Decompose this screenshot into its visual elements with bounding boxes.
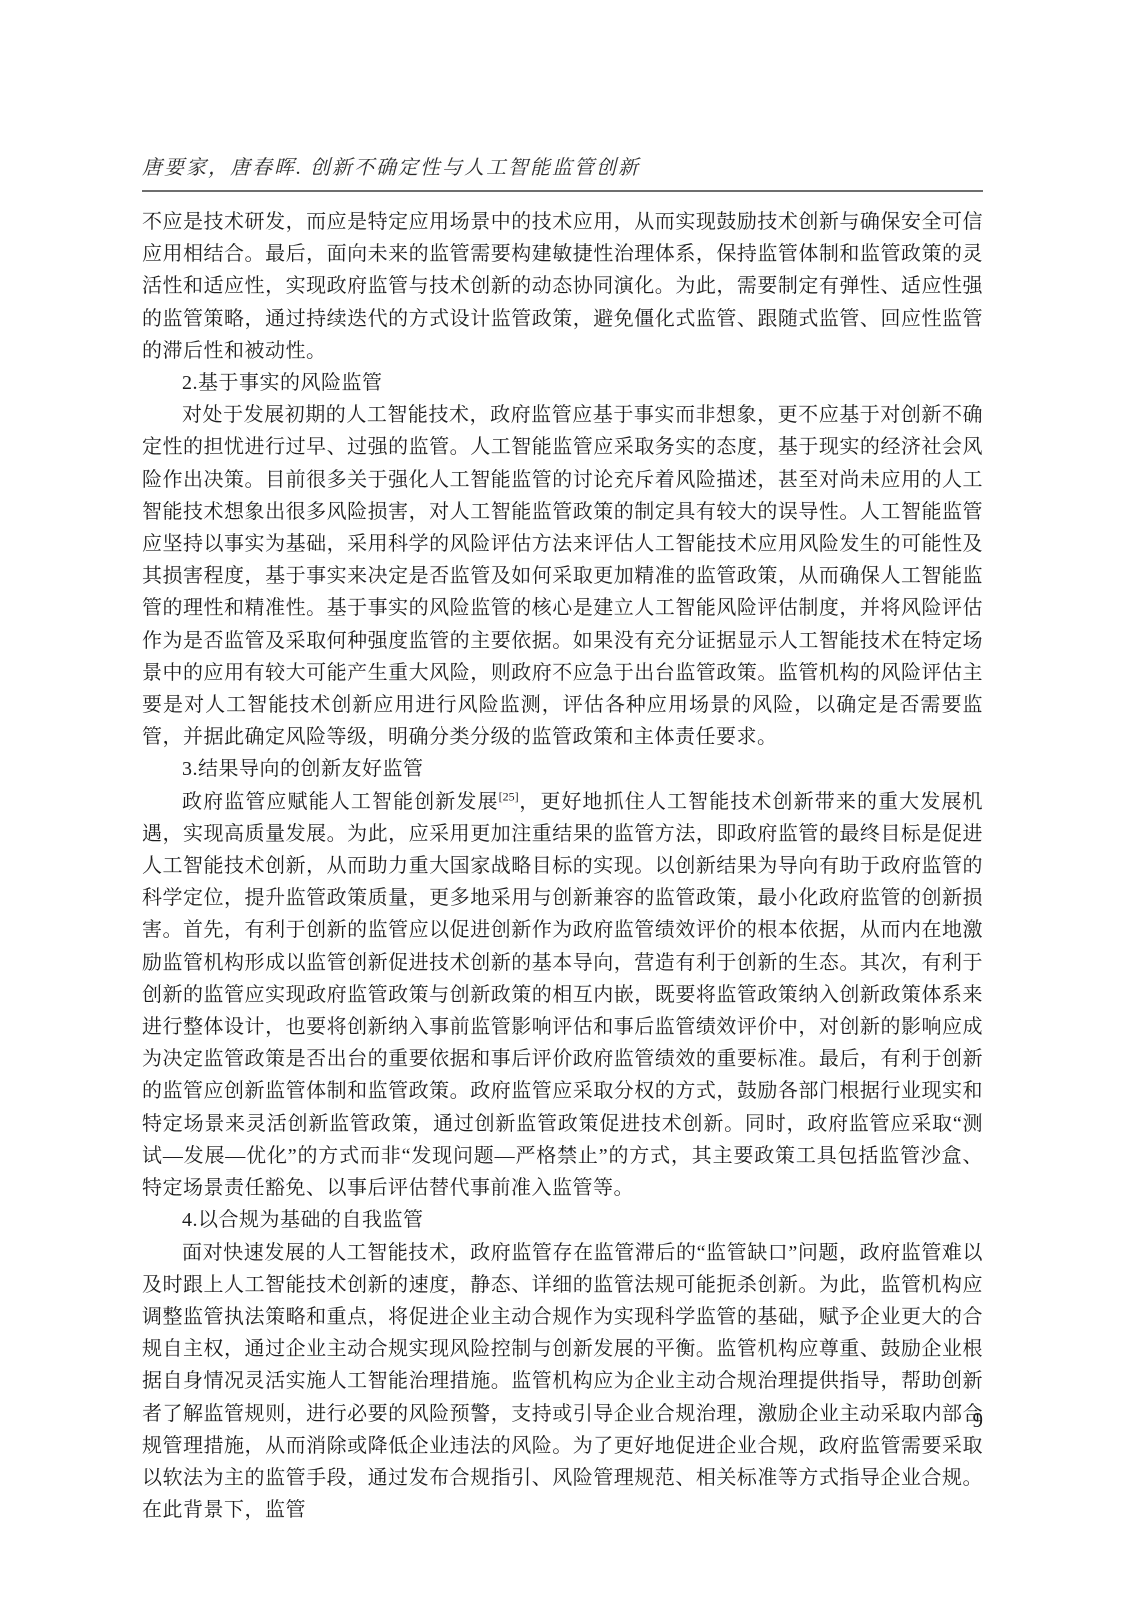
section-heading-2: 2.基于事实的风险监管 (142, 367, 983, 399)
article-body: 不应是技术研发，而应是特定应用场景中的技术应用，从而实现鼓励技术创新与确保安全可… (142, 206, 983, 1526)
section-heading-3: 3.结果导向的创新友好监管 (142, 753, 983, 785)
citation-ref-25: [25] (499, 789, 519, 803)
section-heading-4: 4.以合规为基础的自我监管 (142, 1204, 983, 1236)
paragraph-text-before-citation: 政府监管应赋能人工智能创新发展 (182, 791, 499, 813)
page-number: 9 (142, 1408, 983, 1433)
paper-page: 唐要家，唐春晖. 创新不确定性与人工智能监管创新 不应是技术研发，而应是特定应用… (0, 0, 1140, 1600)
running-head: 唐要家，唐春晖. 创新不确定性与人工智能监管创新 (142, 155, 983, 181)
paragraph-continuation: 不应是技术研发，而应是特定应用场景中的技术应用，从而实现鼓励技术创新与确保安全可… (142, 206, 983, 367)
header-rule (142, 190, 983, 192)
section-paragraph-4: 面对快速发展的人工智能技术，政府监管存在监管滞后的“监管缺口”问题，政府监管难以… (142, 1237, 983, 1527)
section-paragraph-3: 政府监管应赋能人工智能创新发展[25]，更好地抓住人工智能技术创新带来的重大发展… (142, 786, 983, 1205)
section-paragraph-2: 对处于发展初期的人工智能技术，政府监管应基于事实而非想象，更不应基于对创新不确定… (142, 399, 983, 753)
paragraph-text-after-citation: ，更好地抓住人工智能技术创新带来的重大发展机遇，实现高质量发展。为此，应采用更加… (142, 791, 983, 1199)
